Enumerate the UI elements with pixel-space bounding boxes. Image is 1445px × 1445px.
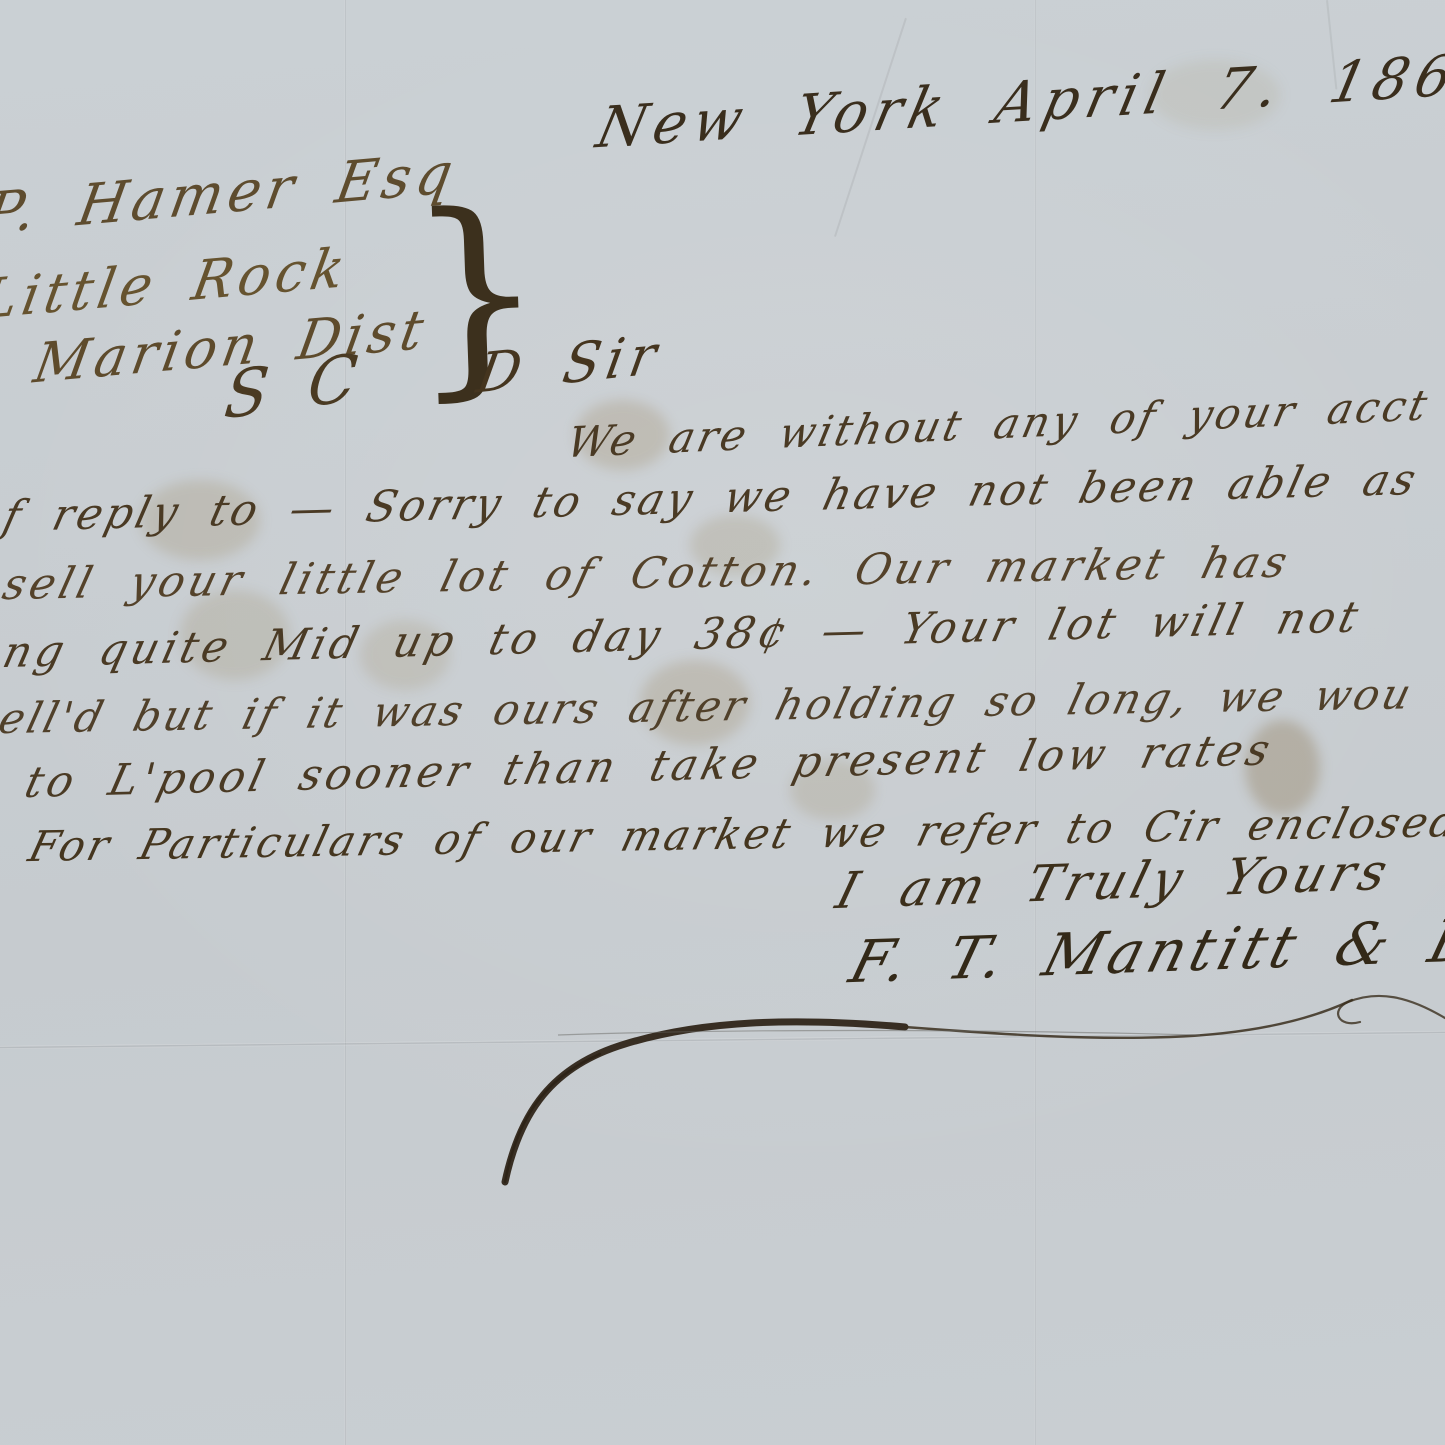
letter-paper: New York April 7. 1866 P. Hamer Esq Litt… xyxy=(0,0,1445,1445)
signature-flourish xyxy=(0,0,1445,1445)
